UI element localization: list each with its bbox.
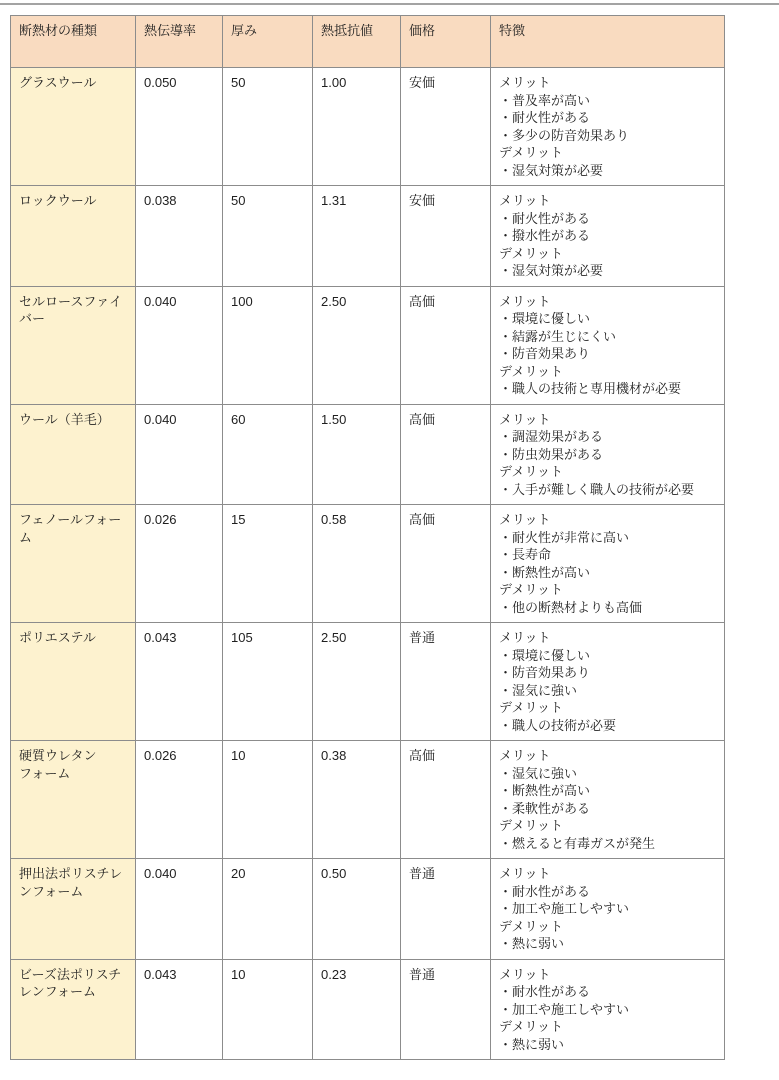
table-row: 押出法ポリスチレ ンフォーム0.040200.50普通メリット ・耐水性がある … (11, 859, 725, 960)
resistance-cell: 1.50 (313, 404, 401, 505)
resistance-cell: 0.38 (313, 741, 401, 859)
features-cell: メリット ・湿気に強い ・断熱性が高い ・柔軟性がある デメリット ・燃えると有… (491, 741, 725, 859)
features-cell: メリット ・耐火性が非常に高い ・長寿命 ・断熱性が高い デメリット ・他の断熱… (491, 505, 725, 623)
table-row: ウール（羊毛）0.040601.50高価メリット ・調湿効果がある ・防虫効果が… (11, 404, 725, 505)
header-material-type: 断熱材の種類 (11, 16, 136, 68)
conductivity-cell: 0.043 (136, 623, 223, 741)
thickness-cell: 10 (223, 959, 313, 1060)
price-cell: 安価 (401, 68, 491, 186)
price-cell: 普通 (401, 623, 491, 741)
thickness-cell: 15 (223, 505, 313, 623)
table-row: ロックウール0.038501.31安価メリット ・耐火性がある ・撥水性がある … (11, 186, 725, 287)
material-name-cell: ビーズ法ポリスチ レンフォーム (11, 959, 136, 1060)
table-row: グラスウール0.050501.00安価メリット ・普及率が高い ・耐火性がある … (11, 68, 725, 186)
table-row: セルロースファイ バー0.0401002.50高価メリット ・環境に優しい ・結… (11, 286, 725, 404)
table-row: 硬質ウレタン フォーム0.026100.38高価メリット ・湿気に強い ・断熱性… (11, 741, 725, 859)
header-thickness: 厚み (223, 16, 313, 68)
conductivity-cell: 0.038 (136, 186, 223, 287)
conductivity-cell: 0.026 (136, 505, 223, 623)
header-row: 断熱材の種類 熱伝導率 厚み 熱抵抗値 価格 特徴 (11, 16, 725, 68)
conductivity-cell: 0.050 (136, 68, 223, 186)
features-cell: メリット ・耐水性がある ・加工や施工しやすい デメリット ・熱に弱い (491, 859, 725, 960)
table-row: ポリエステル0.0431052.50普通メリット ・環境に優しい ・防音効果あり… (11, 623, 725, 741)
table-row: フェノールフォー ム0.026150.58高価メリット ・耐火性が非常に高い ・… (11, 505, 725, 623)
insulation-comparison-table: 断熱材の種類 熱伝導率 厚み 熱抵抗値 価格 特徴 グラスウール0.050501… (10, 15, 725, 1060)
features-cell: メリット ・環境に優しい ・防音効果あり ・湿気に強い デメリット ・職人の技術… (491, 623, 725, 741)
resistance-cell: 1.31 (313, 186, 401, 287)
price-cell: 高価 (401, 286, 491, 404)
price-cell: 普通 (401, 859, 491, 960)
material-name-cell: 押出法ポリスチレ ンフォーム (11, 859, 136, 960)
conductivity-cell: 0.043 (136, 959, 223, 1060)
resistance-cell: 1.00 (313, 68, 401, 186)
resistance-cell: 0.23 (313, 959, 401, 1060)
material-name-cell: フェノールフォー ム (11, 505, 136, 623)
features-cell: メリット ・耐火性がある ・撥水性がある デメリット ・湿気対策が必要 (491, 186, 725, 287)
table-body: グラスウール0.050501.00安価メリット ・普及率が高い ・耐火性がある … (11, 68, 725, 1060)
resistance-cell: 0.50 (313, 859, 401, 960)
thickness-cell: 50 (223, 68, 313, 186)
price-cell: 高価 (401, 404, 491, 505)
price-cell: 高価 (401, 741, 491, 859)
conductivity-cell: 0.026 (136, 741, 223, 859)
conductivity-cell: 0.040 (136, 286, 223, 404)
price-cell: 高価 (401, 505, 491, 623)
resistance-cell: 2.50 (313, 623, 401, 741)
header-features: 特徴 (491, 16, 725, 68)
resistance-cell: 2.50 (313, 286, 401, 404)
material-name-cell: ポリエステル (11, 623, 136, 741)
material-name-cell: 硬質ウレタン フォーム (11, 741, 136, 859)
material-name-cell: ウール（羊毛） (11, 404, 136, 505)
thickness-cell: 100 (223, 286, 313, 404)
material-name-cell: セルロースファイ バー (11, 286, 136, 404)
material-name-cell: ロックウール (11, 186, 136, 287)
thickness-cell: 10 (223, 741, 313, 859)
thickness-cell: 20 (223, 859, 313, 960)
header-thermal-conductivity: 熱伝導率 (136, 16, 223, 68)
material-name-cell: グラスウール (11, 68, 136, 186)
thickness-cell: 60 (223, 404, 313, 505)
features-cell: メリット ・普及率が高い ・耐火性がある ・多少の防音効果あり デメリット ・湿… (491, 68, 725, 186)
header-thermal-resistance: 熱抵抗値 (313, 16, 401, 68)
features-cell: メリット ・環境に優しい ・結露が生じにくい ・防音効果あり デメリット ・職人… (491, 286, 725, 404)
conductivity-cell: 0.040 (136, 859, 223, 960)
top-divider (0, 3, 779, 5)
price-cell: 安価 (401, 186, 491, 287)
resistance-cell: 0.58 (313, 505, 401, 623)
features-cell: メリット ・耐水性がある ・加工や施工しやすい デメリット ・熱に弱い (491, 959, 725, 1060)
header-price: 価格 (401, 16, 491, 68)
thickness-cell: 105 (223, 623, 313, 741)
table-row: ビーズ法ポリスチ レンフォーム0.043100.23普通メリット ・耐水性がある… (11, 959, 725, 1060)
page: 断熱材の種類 熱伝導率 厚み 熱抵抗値 価格 特徴 グラスウール0.050501… (0, 0, 779, 1080)
features-cell: メリット ・調湿効果がある ・防虫効果がある デメリット ・入手が難しく職人の技… (491, 404, 725, 505)
conductivity-cell: 0.040 (136, 404, 223, 505)
price-cell: 普通 (401, 959, 491, 1060)
thickness-cell: 50 (223, 186, 313, 287)
